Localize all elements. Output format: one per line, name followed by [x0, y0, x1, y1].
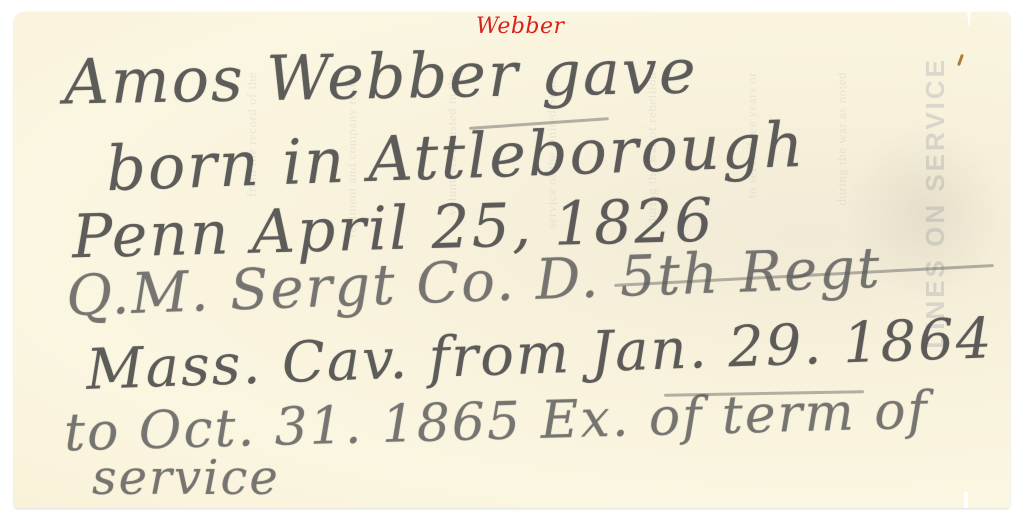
pencil-mark	[957, 54, 964, 66]
index-card: LINES ON SERVICE from the record of the …	[14, 12, 1010, 508]
card-notch-top	[967, 12, 971, 26]
bleed-through-column: during the war as noted	[834, 72, 849, 206]
handwritten-line-service: service	[92, 450, 280, 506]
red-name-annotation: Webber	[476, 14, 565, 39]
card-notch-bottom	[964, 492, 968, 508]
handwritten-line-name: Amos Webber gave	[63, 34, 698, 118]
bleed-through-title: LINES ON SERVICE	[920, 57, 951, 349]
